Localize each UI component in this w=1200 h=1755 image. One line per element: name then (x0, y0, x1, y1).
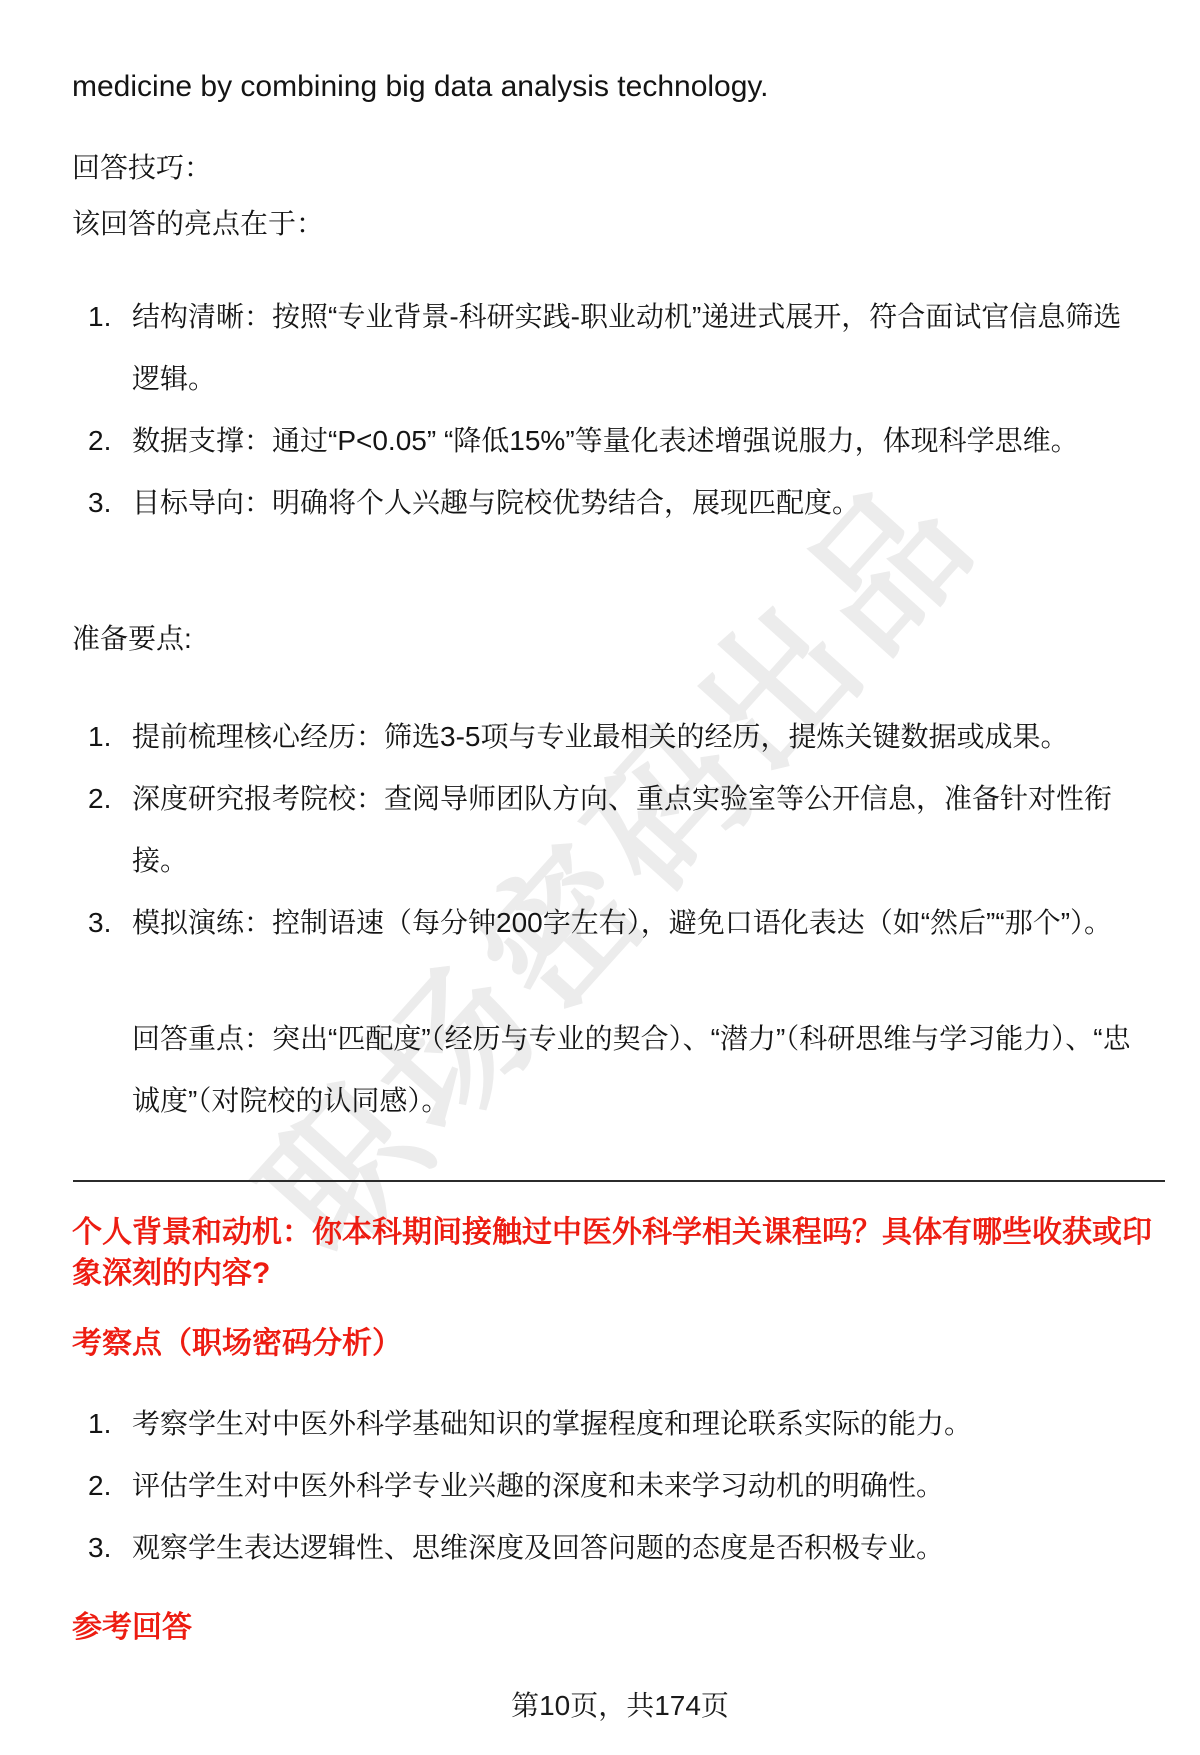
list-item-number: 3. (88, 1517, 132, 1579)
list-item-number: 1. (88, 706, 132, 768)
document-page: 职场密码出品 medicine by combining big data an… (0, 0, 1200, 1755)
exam-points-heading: 考察点（职场密码分析） (72, 1325, 402, 1363)
interview-question-heading: 个人背景和动机：你本科期间接触过中医外科学相关课程吗？具体有哪些收获或印象深刻的… (72, 1212, 1162, 1294)
list-item-number: 3. (88, 892, 132, 954)
exam-points-list: 1. 考察学生对中医外科学基础知识的掌握程度和理论联系实际的能力。 2. 评估学… (88, 1393, 1132, 1579)
list-item: 2. 数据支撑：通过“P<0.05” “降低15%”等量化表述增强说服力，体现科… (88, 410, 1132, 472)
list-item-text: 结构清晰：按照“专业背景-科研实践-职业动机”递进式展开，符合面试官信息筛选逻辑… (132, 286, 1132, 410)
list-item-text: 评估学生对中医外科学专业兴趣的深度和未来学习动机的明确性。 (132, 1455, 1132, 1517)
prep-points-list: 1. 提前梳理核心经历：筛选3-5项与专业最相关的经历，提炼关键数据或成果。 2… (88, 706, 1132, 954)
answer-tips-subheading: 该回答的亮点在于： (72, 206, 324, 242)
list-item: 1. 考察学生对中医外科学基础知识的掌握程度和理论联系实际的能力。 (88, 1393, 1132, 1455)
list-item-text: 目标导向：明确将个人兴趣与院校优势结合，展现匹配度。 (132, 472, 1132, 534)
answer-tips-heading: 回答技巧： (72, 150, 212, 186)
reference-answer-heading: 参考回答 (72, 1609, 192, 1647)
list-item-text: 模拟演练：控制语速（每分钟200字左右），避免口语化表达（如“然后”“那个”）。 (132, 892, 1132, 954)
list-item: 2. 评估学生对中医外科学专业兴趣的深度和未来学习动机的明确性。 (88, 1455, 1132, 1517)
list-item-text: 深度研究报考院校：查阅导师团队方向、重点实验室等公开信息，准备针对性衔接。 (132, 768, 1132, 892)
list-item-number: 1. (88, 1393, 132, 1455)
list-item: 3. 模拟演练：控制语速（每分钟200字左右），避免口语化表达（如“然后”“那个… (88, 892, 1132, 954)
section-divider (73, 1180, 1165, 1182)
prep-points-heading: 准备要点: (72, 621, 192, 657)
list-item-text: 提前梳理核心经历：筛选3-5项与专业最相关的经历，提炼关键数据或成果。 (132, 706, 1132, 768)
list-item-number: 2. (88, 410, 132, 472)
list-item-text: 观察学生表达逻辑性、思维深度及回答问题的态度是否积极专业。 (132, 1517, 1132, 1579)
list-item-number: 3. (88, 472, 132, 534)
page-number-footer: 第10页，共174页 (72, 1688, 1168, 1724)
answer-focus-paragraph: 回答重点：突出“匹配度”（经历与专业的契合）、“潜力”（科研思维与学习能力）、“… (132, 1008, 1132, 1132)
list-item-number: 2. (88, 1455, 132, 1517)
list-item: 3. 目标导向：明确将个人兴趣与院校优势结合，展现匹配度。 (88, 472, 1132, 534)
english-continuation-line: medicine by combining big data analysis … (72, 68, 769, 106)
list-item: 2. 深度研究报考院校：查阅导师团队方向、重点实验室等公开信息，准备针对性衔接。 (88, 768, 1132, 892)
list-item: 1. 结构清晰：按照“专业背景-科研实践-职业动机”递进式展开，符合面试官信息筛… (88, 286, 1132, 410)
list-item-number: 2. (88, 768, 132, 830)
list-item: 1. 提前梳理核心经历：筛选3-5项与专业最相关的经历，提炼关键数据或成果。 (88, 706, 1132, 768)
list-item-text: 考察学生对中医外科学基础知识的掌握程度和理论联系实际的能力。 (132, 1393, 1132, 1455)
list-item-text: 数据支撑：通过“P<0.05” “降低15%”等量化表述增强说服力，体现科学思维… (132, 410, 1132, 472)
list-item-number: 1. (88, 286, 132, 348)
list-item: 3. 观察学生表达逻辑性、思维深度及回答问题的态度是否积极专业。 (88, 1517, 1132, 1579)
answer-tips-list: 1. 结构清晰：按照“专业背景-科研实践-职业动机”递进式展开，符合面试官信息筛… (88, 286, 1132, 534)
